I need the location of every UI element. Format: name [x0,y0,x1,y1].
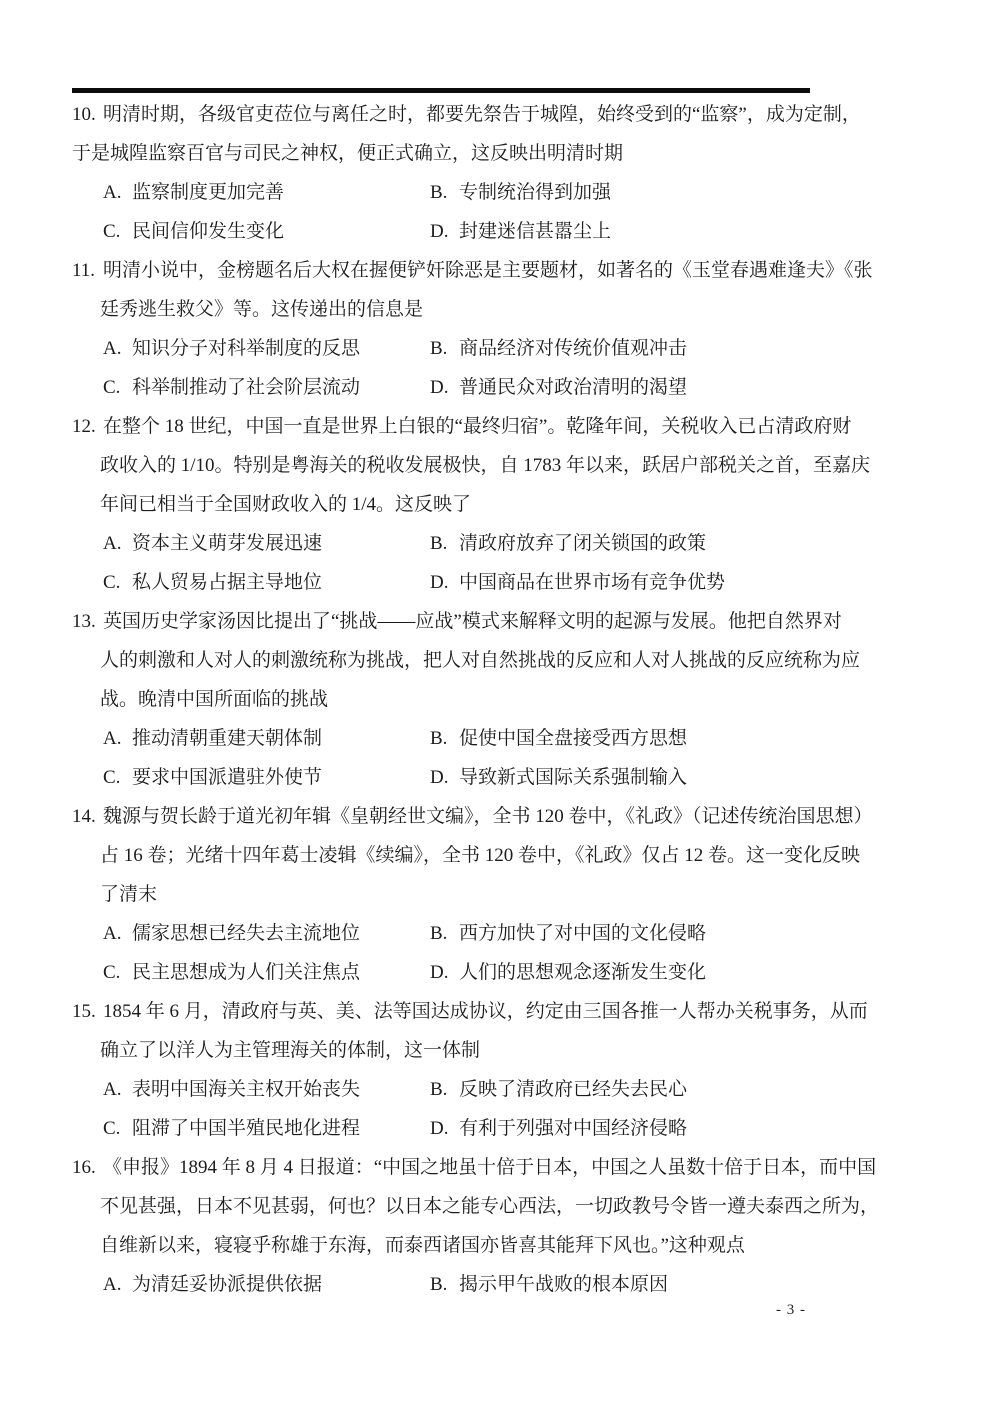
question-stem-line: 自维新以来，寝寝乎称雄于东海，而泰西诸国亦皆喜其能拜下风也。”这种观点 [72,1226,810,1265]
option-label: A. [103,329,132,368]
options-row: C. 阻滞了中国半殖民地化进程 D. 有利于列强对中国经济侵略 [72,1109,810,1148]
options-row: A. 为清廷妥协派提供依据 B. 揭示甲午战败的根本原因 [72,1265,810,1304]
question-stem-line: 政收入的 1/10。特别是粤海关的税收发展极快，自 1783 年以来，跃居户部税… [72,446,810,485]
question-list: 10.明清时期，各级官吏莅位与离任之时，都要先祭告于城隍，始终受到的“监察”，成… [72,95,810,1304]
option-a: A. 监察制度更加完善 [103,173,430,212]
option-b: B. 清政府放弃了闭关锁国的政策 [430,524,706,563]
options-row: A. 监察制度更加完善 B. 专制统治得到加强 [72,173,810,212]
option-label: C. [103,1109,132,1148]
option-text: 人们的思想观念逐渐发生变化 [459,953,706,992]
option-text: 儒家思想已经失去主流地位 [132,914,360,953]
question-stem-line: 16.《申报》1894 年 8 月 4 日报道：“中国之地虽十倍于日本，中国之人… [72,1148,810,1187]
option-d: D. 中国商品在世界市场有竞争优势 [430,563,725,602]
stem-text: 魏源与贺长龄于道光初年辑《皇朝经世文编》，全书 120 卷中，《礼政》（记述传统… [103,797,873,836]
option-c: C. 私人贸易占据主导地位 [103,563,430,602]
option-b: B. 专制统治得到加强 [430,173,611,212]
document-page: 10.明清时期，各级官吏莅位与离任之时，都要先祭告于城隍，始终受到的“监察”，成… [0,0,992,1403]
option-label: B. [430,173,459,212]
page-content: 10.明清时期，各级官吏莅位与离任之时，都要先祭告于城隍，始终受到的“监察”，成… [72,0,810,1304]
option-text: 普通民众对政治清明的渴望 [459,368,687,407]
stem-text: 《申报》1894 年 8 月 4 日报道：“中国之地虽十倍于日本，中国之人虽数十… [103,1148,876,1187]
question-10: 10.明清时期，各级官吏莅位与离任之时，都要先祭告于城隍，始终受到的“监察”，成… [72,95,810,251]
options-row: A. 推动清朝重建天朝体制 B. 促使中国全盘接受西方思想 [72,719,810,758]
option-label: D. [430,368,459,407]
option-text: 专制统治得到加强 [459,173,611,212]
question-14: 14.魏源与贺长龄于道光初年辑《皇朝经世文编》，全书 120 卷中，《礼政》（记… [72,797,810,992]
option-d: D. 封建迷信甚嚣尘上 [430,212,611,251]
question-number: 13. [72,602,103,641]
options-row: A. 儒家思想已经失去主流地位 B. 西方加快了对中国的文化侵略 [72,914,810,953]
question-stem-line: 了清末 [72,875,810,914]
option-text: 资本主义萌芽发展迅速 [132,524,322,563]
option-label: A. [103,914,132,953]
option-b: B. 促使中国全盘接受西方思想 [430,719,687,758]
options-row: C. 民主思想成为人们关注焦点 D. 人们的思想观念逐渐发生变化 [72,953,810,992]
question-number: 10. [72,95,103,134]
header-rule [72,88,810,93]
option-label: B. [430,719,459,758]
option-text: 为清廷妥协派提供依据 [132,1265,322,1304]
question-stem-line: 10.明清时期，各级官吏莅位与离任之时，都要先祭告于城隍，始终受到的“监察”，成… [72,95,810,134]
option-text: 监察制度更加完善 [132,173,284,212]
option-label: D. [430,212,459,251]
option-text: 表明中国海关主权开始丧失 [132,1070,360,1109]
option-c: C. 科举制推动了社会阶层流动 [103,368,430,407]
options-row: A. 表明中国海关主权开始丧失 B. 反映了清政府已经失去民心 [72,1070,810,1109]
option-label: A. [103,524,132,563]
option-label: D. [430,1109,459,1148]
option-c: C. 要求中国派遣驻外使节 [103,758,430,797]
stem-text: 在整个 18 世纪，中国一直是世界上白银的“最终归宿”。乾隆年间，关税收入已占清… [103,407,851,446]
question-number: 16. [72,1148,103,1187]
question-13: 13.英国历史学家汤因比提出了“挑战——应战”模式来解释文明的起源与发展。他把自… [72,602,810,797]
option-text: 知识分子对科举制度的反思 [132,329,360,368]
option-label: D. [430,758,459,797]
option-b: B. 揭示甲午战败的根本原因 [430,1265,668,1304]
option-text: 科举制推动了社会阶层流动 [132,368,360,407]
question-stem-line: 15.1854 年 6 月，清政府与英、美、法等国达成协议，约定由三国各推一人帮… [72,992,810,1031]
option-text: 阻滞了中国半殖民地化进程 [132,1109,360,1148]
options-row: A. 知识分子对科举制度的反思 B. 商品经济对传统价值观冲击 [72,329,810,368]
option-label: C. [103,953,132,992]
option-text: 西方加快了对中国的文化侵略 [459,914,706,953]
option-text: 中国商品在世界市场有竞争优势 [459,563,725,602]
option-text: 民间信仰发生变化 [132,212,284,251]
question-stem-line: 于是城隍监察百官与司民之神权，便正式确立，这反映出明清时期 [72,134,810,173]
option-a: A. 表明中国海关主权开始丧失 [103,1070,430,1109]
option-label: A. [103,1265,132,1304]
question-number: 14. [72,797,103,836]
question-stem-line: 战。晚清中国所面临的挑战 [72,680,810,719]
question-stem-line: 廷秀逃生救父》等。这传递出的信息是 [72,290,810,329]
option-text: 有利于列强对中国经济侵略 [459,1109,687,1148]
question-stem-line: 12.在整个 18 世纪，中国一直是世界上白银的“最终归宿”。乾隆年间，关税收入… [72,407,810,446]
option-text: 民主思想成为人们关注焦点 [132,953,360,992]
stem-text: 明清小说中，金榜题名后大权在握便铲奸除恶是主要题材，如著名的《玉堂春遇难逢夫》《… [103,251,873,290]
options-row: A. 资本主义萌芽发展迅速 B. 清政府放弃了闭关锁国的政策 [72,524,810,563]
page-number: - 3 - [776,1300,806,1320]
question-stem-line: 11.明清小说中，金榜题名后大权在握便铲奸除恶是主要题材，如著名的《玉堂春遇难逢… [72,251,810,290]
option-label: B. [430,1070,459,1109]
stem-text: 明清时期，各级官吏莅位与离任之时，都要先祭告于城隍，始终受到的“监察”，成为定制… [103,95,861,134]
option-text: 要求中国派遣驻外使节 [132,758,322,797]
question-stem-line: 占 16 卷；光绪十四年葛士凌辑《续编》，全书 120 卷中，《礼政》仅占 12… [72,836,810,875]
option-text: 封建迷信甚嚣尘上 [459,212,611,251]
question-stem-line: 年间已相当于全国财政收入的 1/4。这反映了 [72,485,810,524]
option-a: A. 儒家思想已经失去主流地位 [103,914,430,953]
option-text: 反映了清政府已经失去民心 [459,1070,687,1109]
option-label: C. [103,212,132,251]
options-row: C. 要求中国派遣驻外使节 D. 导致新式国际关系强制输入 [72,758,810,797]
question-stem-line: 人的刺激和人对人的刺激统称为挑战，把人对自然挑战的反应和人对人挑战的反应统称为应 [72,641,810,680]
option-label: C. [103,563,132,602]
question-number: 11. [72,251,103,290]
option-b: B. 商品经济对传统价值观冲击 [430,329,687,368]
option-b: B. 反映了清政府已经失去民心 [430,1070,687,1109]
option-c: C. 民间信仰发生变化 [103,212,430,251]
question-12: 12.在整个 18 世纪，中国一直是世界上白银的“最终归宿”。乾隆年间，关税收入… [72,407,810,602]
option-label: D. [430,953,459,992]
option-d: D. 导致新式国际关系强制输入 [430,758,687,797]
option-d: D. 人们的思想观念逐渐发生变化 [430,953,706,992]
option-a: A. 资本主义萌芽发展迅速 [103,524,430,563]
option-label: B. [430,1265,459,1304]
option-text: 私人贸易占据主导地位 [132,563,322,602]
options-row: C. 科举制推动了社会阶层流动 D. 普通民众对政治清明的渴望 [72,368,810,407]
option-c: C. 阻滞了中国半殖民地化进程 [103,1109,430,1148]
options-row: C. 民间信仰发生变化 D. 封建迷信甚嚣尘上 [72,212,810,251]
question-16: 16.《申报》1894 年 8 月 4 日报道：“中国之地虽十倍于日本，中国之人… [72,1148,810,1304]
option-label: A. [103,719,132,758]
stem-text: 英国历史学家汤因比提出了“挑战——应战”模式来解释文明的起源与发展。他把自然界对 [103,602,842,641]
question-number: 12. [72,407,103,446]
option-label: B. [430,524,459,563]
option-label: D. [430,563,459,602]
option-a: A. 推动清朝重建天朝体制 [103,719,430,758]
option-label: A. [103,173,132,212]
option-label: B. [430,914,459,953]
question-15: 15.1854 年 6 月，清政府与英、美、法等国达成协议，约定由三国各推一人帮… [72,992,810,1148]
option-label: C. [103,758,132,797]
option-label: A. [103,1070,132,1109]
option-label: C. [103,368,132,407]
option-a: A. 知识分子对科举制度的反思 [103,329,430,368]
question-stem-line: 确立了以洋人为主管理海关的体制，这一体制 [72,1031,810,1070]
question-number: 15. [72,992,103,1031]
option-d: D. 有利于列强对中国经济侵略 [430,1109,687,1148]
option-label: B. [430,329,459,368]
option-d: D. 普通民众对政治清明的渴望 [430,368,687,407]
question-stem-line: 14.魏源与贺长龄于道光初年辑《皇朝经世文编》，全书 120 卷中，《礼政》（记… [72,797,810,836]
options-row: C. 私人贸易占据主导地位 D. 中国商品在世界市场有竞争优势 [72,563,810,602]
question-stem-line: 不见甚强，日本不见甚弱，何也？以日本之能专心西法，一切政教号令皆一遵夫泰西之所为… [72,1187,810,1226]
option-text: 揭示甲午战败的根本原因 [459,1265,668,1304]
question-stem-line: 13.英国历史学家汤因比提出了“挑战——应战”模式来解释文明的起源与发展。他把自… [72,602,810,641]
option-a: A. 为清廷妥协派提供依据 [103,1265,430,1304]
option-b: B. 西方加快了对中国的文化侵略 [430,914,706,953]
option-text: 导致新式国际关系强制输入 [459,758,687,797]
stem-text: 1854 年 6 月，清政府与英、美、法等国达成协议，约定由三国各推一人帮办关税… [103,992,868,1031]
option-text: 清政府放弃了闭关锁国的政策 [459,524,706,563]
option-text: 推动清朝重建天朝体制 [132,719,322,758]
option-text: 商品经济对传统价值观冲击 [459,329,687,368]
option-text: 促使中国全盘接受西方思想 [459,719,687,758]
option-c: C. 民主思想成为人们关注焦点 [103,953,430,992]
question-11: 11.明清小说中，金榜题名后大权在握便铲奸除恶是主要题材，如著名的《玉堂春遇难逢… [72,251,810,407]
